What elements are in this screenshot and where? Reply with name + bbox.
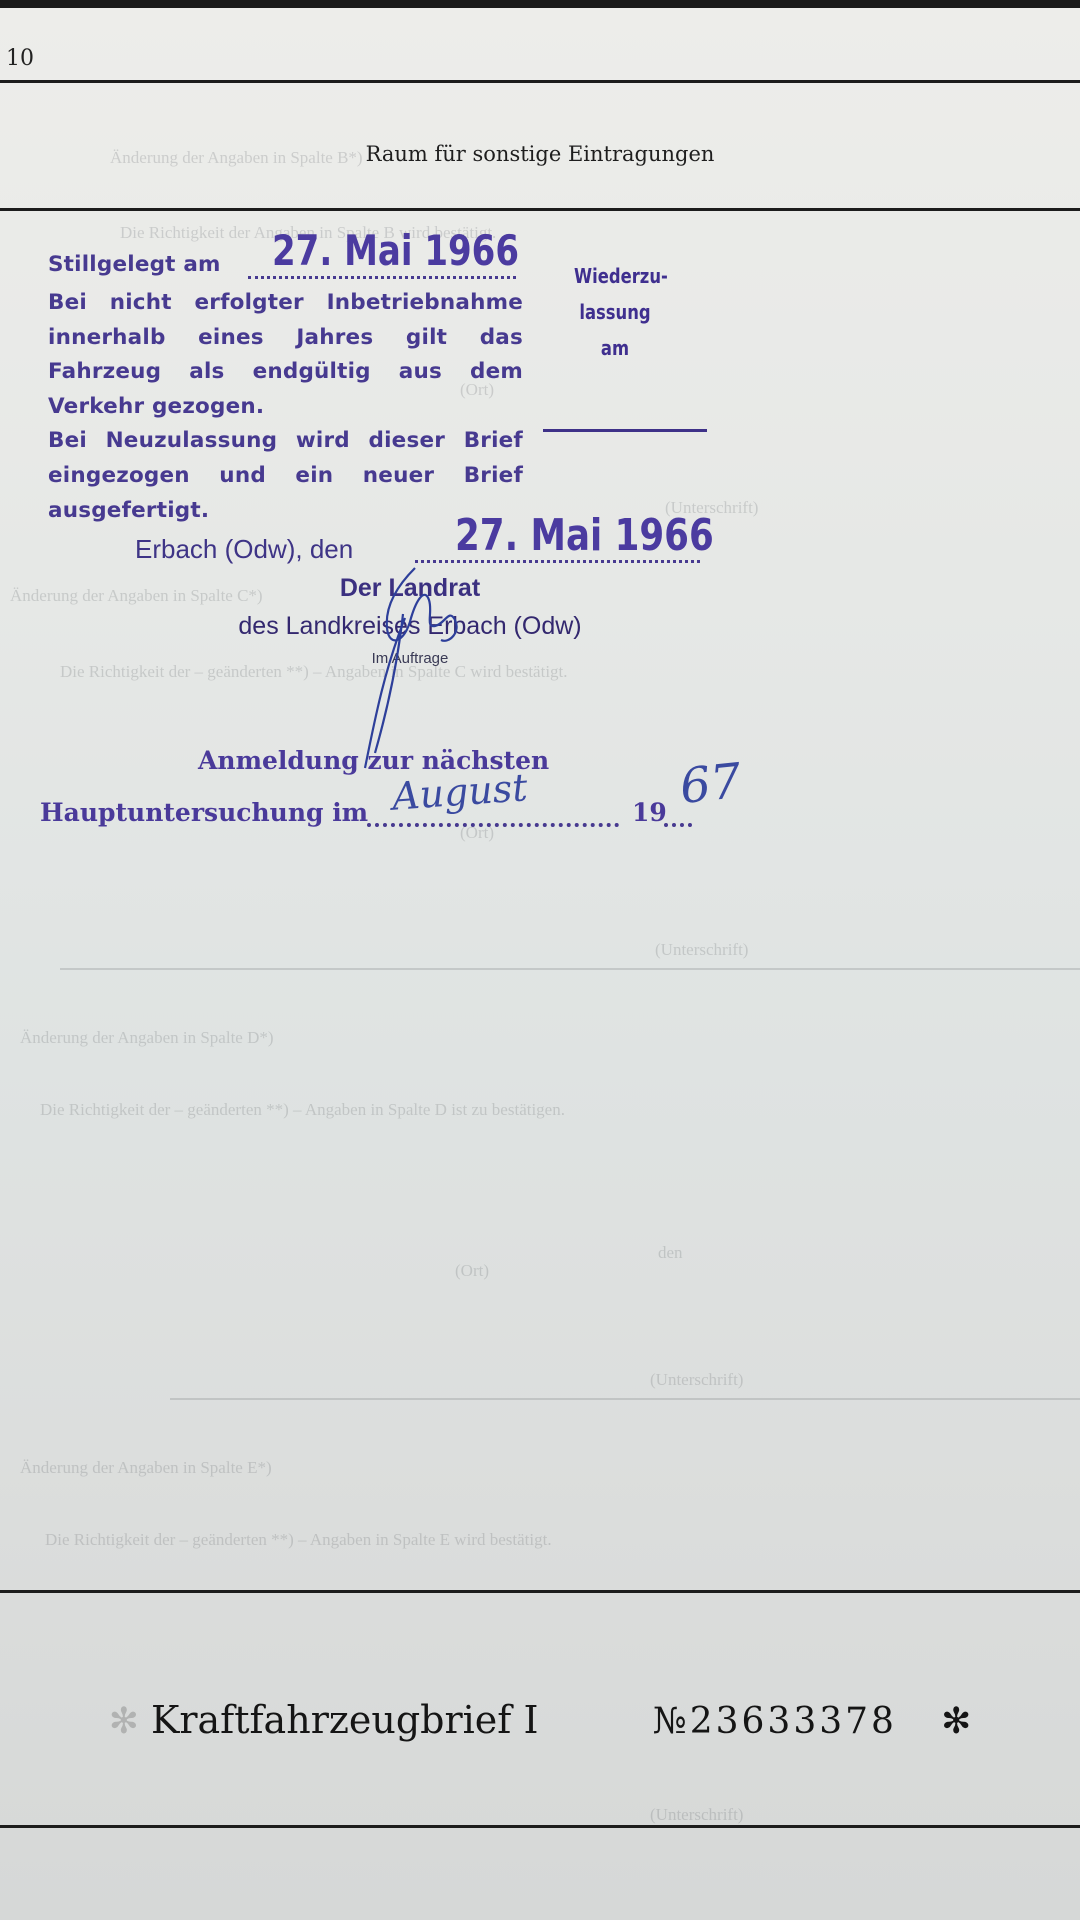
readmission-label: Wiederzu- lassung am xyxy=(574,258,656,366)
readmission-date-line xyxy=(543,429,707,432)
ghost-line: (Unterschrift) xyxy=(650,1805,743,1825)
ghost-rule xyxy=(170,1398,1080,1400)
ghost-line: den xyxy=(658,1243,683,1263)
notice-line: Verkehr gezogen. xyxy=(48,390,523,425)
document-page: 10 Raum für sonstige Eintragungen Änderu… xyxy=(0,8,1080,1920)
inspection-month-line xyxy=(367,823,619,827)
authority-date: 27. Mai 1966 xyxy=(455,510,714,561)
star-icon: ✻ xyxy=(109,1701,139,1742)
ghost-line: Änderung der Angaben in Spalte D*) xyxy=(20,1028,274,1048)
ghost-line: Die Richtigkeit der – geänderten **) – A… xyxy=(45,1530,552,1550)
notice-line: ausgefertigt. xyxy=(48,494,523,529)
inspection-line2: Hauptuntersuchung im xyxy=(40,798,368,827)
place-date-prefix: Erbach (Odw), den xyxy=(135,534,353,565)
header-rule-top xyxy=(0,80,1080,83)
document-number: 23633378 xyxy=(690,1701,897,1742)
inspection-month: August xyxy=(391,765,529,818)
ghost-line: (Unterschrift) xyxy=(655,940,748,960)
notice-line: eingezogen und ein neuer Brief xyxy=(48,459,523,494)
ghost-line: Änderung der Angaben in Spalte C*) xyxy=(10,586,263,606)
document-title: ✻ Kraftfahrzeugbrief I №23633378 ✻ xyxy=(0,1698,1080,1742)
decommission-notice: Bei nicht erfolgter Inbetriebnahme inner… xyxy=(48,286,523,528)
footer-rule-top xyxy=(0,1590,1080,1593)
ghost-line: Änderung der Angaben in Spalte B*) xyxy=(110,148,363,168)
document-title-text: Kraftfahrzeugbrief I xyxy=(151,1698,539,1742)
inspection-year-prefix: 19 xyxy=(632,798,667,827)
page-number: 10 xyxy=(6,46,34,71)
ghost-line: Die Richtigkeit der – geänderten **) – A… xyxy=(40,1100,565,1120)
decommission-date: 27. Mai 1966 xyxy=(272,226,519,275)
footer-rule-bottom xyxy=(0,1825,1080,1828)
notice-line: Bei nicht erfolgter Inbetriebnahme xyxy=(48,286,523,321)
header-rule-bottom xyxy=(0,208,1080,211)
ghost-line: (Ort) xyxy=(455,1261,489,1281)
document-number-label: № xyxy=(653,1701,690,1742)
decommission-label: Stillgelegt am xyxy=(48,248,221,283)
star-icon: ✻ xyxy=(941,1701,971,1742)
ghost-line: Die Richtigkeit der – geänderten **) – A… xyxy=(60,662,568,682)
decommission-date-line xyxy=(248,276,516,279)
ghost-line: (Unterschrift) xyxy=(650,1370,743,1390)
ghost-rule xyxy=(60,968,1080,970)
notice-line: Bei Neuzulassung wird dieser Brief xyxy=(48,424,523,459)
inspection-year-line xyxy=(664,823,692,827)
notice-line: Fahrzeug als endgültig aus dem xyxy=(48,355,523,390)
inspection-year: 67 xyxy=(677,753,744,815)
ghost-line: Änderung der Angaben in Spalte E*) xyxy=(20,1458,272,1478)
signature-icon xyxy=(345,548,475,778)
notice-line: innerhalb eines Jahres gilt das xyxy=(48,321,523,356)
